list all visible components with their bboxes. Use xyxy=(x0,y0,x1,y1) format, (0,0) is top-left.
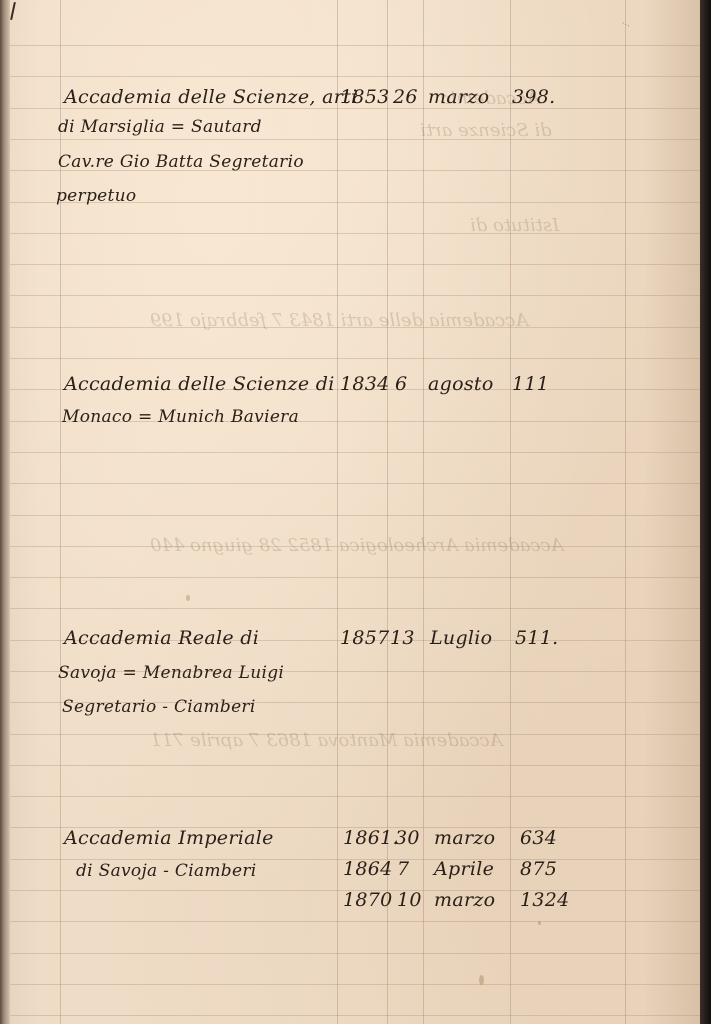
ruled-line xyxy=(10,233,700,234)
entry-institution-line: Accademia delle Scienze di xyxy=(64,373,335,395)
entry-day: 6 xyxy=(395,373,407,395)
entry-institution-line: Cav.re Gio Batta Segretario xyxy=(58,152,304,172)
ruled-line xyxy=(10,139,700,140)
entry-month: Aprile xyxy=(434,858,494,880)
ruled-line xyxy=(10,577,700,578)
ledger-page: … Accademia di Scienze arti Istituto di … xyxy=(0,0,700,1024)
ruled-line xyxy=(10,765,700,766)
entry-month: marzo xyxy=(434,827,495,849)
entry-number: 398. xyxy=(512,86,556,108)
bleed-through-text: Accademia Archeologica 1852 28 giugno 44… xyxy=(150,535,564,556)
bleed-through-text: di Scienze arti xyxy=(420,120,552,141)
bleed-through-text: Accademia Mantova 1863 7 aprile 711 xyxy=(150,730,503,751)
ink-stain xyxy=(538,921,541,925)
ink-stain xyxy=(479,975,484,985)
entry-year: 1870 xyxy=(343,889,393,911)
entry-institution-line: Segretario - Ciamberi xyxy=(62,697,256,717)
entry-institution-line: Savoja = Menabrea Luigi xyxy=(58,663,284,683)
entry-day: 10 xyxy=(397,889,422,911)
entry-year: 1861. xyxy=(343,827,399,849)
entry-number: 875 xyxy=(520,858,557,880)
entry-institution-line: Monaco = Munich Baviera xyxy=(62,407,299,427)
entry-institution-line: Accademia Reale di xyxy=(64,627,259,649)
entry-month: Luglio xyxy=(430,627,492,649)
ruled-line xyxy=(10,483,700,484)
entry-day: 7 xyxy=(397,858,409,880)
ruled-line xyxy=(10,358,700,359)
column-rule-number xyxy=(510,0,511,1024)
column-rule-month xyxy=(423,0,424,1024)
entry-institution-line: Accademia Imperiale xyxy=(64,827,274,849)
column-rule-year xyxy=(337,0,338,1024)
ink-stain xyxy=(186,595,190,601)
ruled-line xyxy=(10,796,700,797)
entry-day: 13 xyxy=(390,627,415,649)
ruled-line xyxy=(10,45,700,46)
page-reference-mark: … xyxy=(620,16,633,29)
entry-institution-line: Accademia delle Scienze, arti xyxy=(64,86,357,108)
bleed-through-text: Istituto di xyxy=(470,215,559,236)
entry-institution-line: perpetuo xyxy=(56,186,136,206)
entry-day: 26 xyxy=(393,86,418,108)
entry-month: marzo xyxy=(434,889,495,911)
entry-month: marzo xyxy=(428,86,489,108)
ruled-line xyxy=(10,76,700,77)
ruled-line xyxy=(10,953,700,954)
entry-institution-line: di Savoja - Ciamberi xyxy=(76,861,257,881)
entry-year: 1864 xyxy=(343,858,393,880)
entry-number: 511. xyxy=(515,627,559,649)
ruled-line xyxy=(10,108,700,109)
binding-edge-right xyxy=(700,0,711,1024)
ruled-line xyxy=(10,984,700,985)
ruled-line xyxy=(10,608,700,609)
entry-institution-line: di Marsiglia = Sautard xyxy=(58,117,262,137)
ruled-line xyxy=(10,515,700,516)
entry-month: agosto xyxy=(428,373,494,395)
entry-year: 1857 xyxy=(340,627,390,649)
entry-year: 1834 xyxy=(340,373,390,395)
binding-edge-left xyxy=(0,0,10,1024)
ruled-line xyxy=(10,921,700,922)
ruled-line xyxy=(10,295,700,296)
corner-ink-mark xyxy=(10,2,16,20)
ruled-line xyxy=(10,452,700,453)
entry-number: 1324 xyxy=(520,889,570,911)
entry-number: 634 xyxy=(520,827,557,849)
entry-day: 30 xyxy=(395,827,420,849)
bleed-through-text: Accademia delle arti 1843 7 febbrajo 199 xyxy=(150,310,528,331)
ruled-line xyxy=(10,1015,700,1016)
entry-number: 111 xyxy=(512,373,549,395)
entry-year: 1853 xyxy=(340,86,390,108)
column-rule-end xyxy=(625,0,626,1024)
ruled-line xyxy=(10,264,700,265)
